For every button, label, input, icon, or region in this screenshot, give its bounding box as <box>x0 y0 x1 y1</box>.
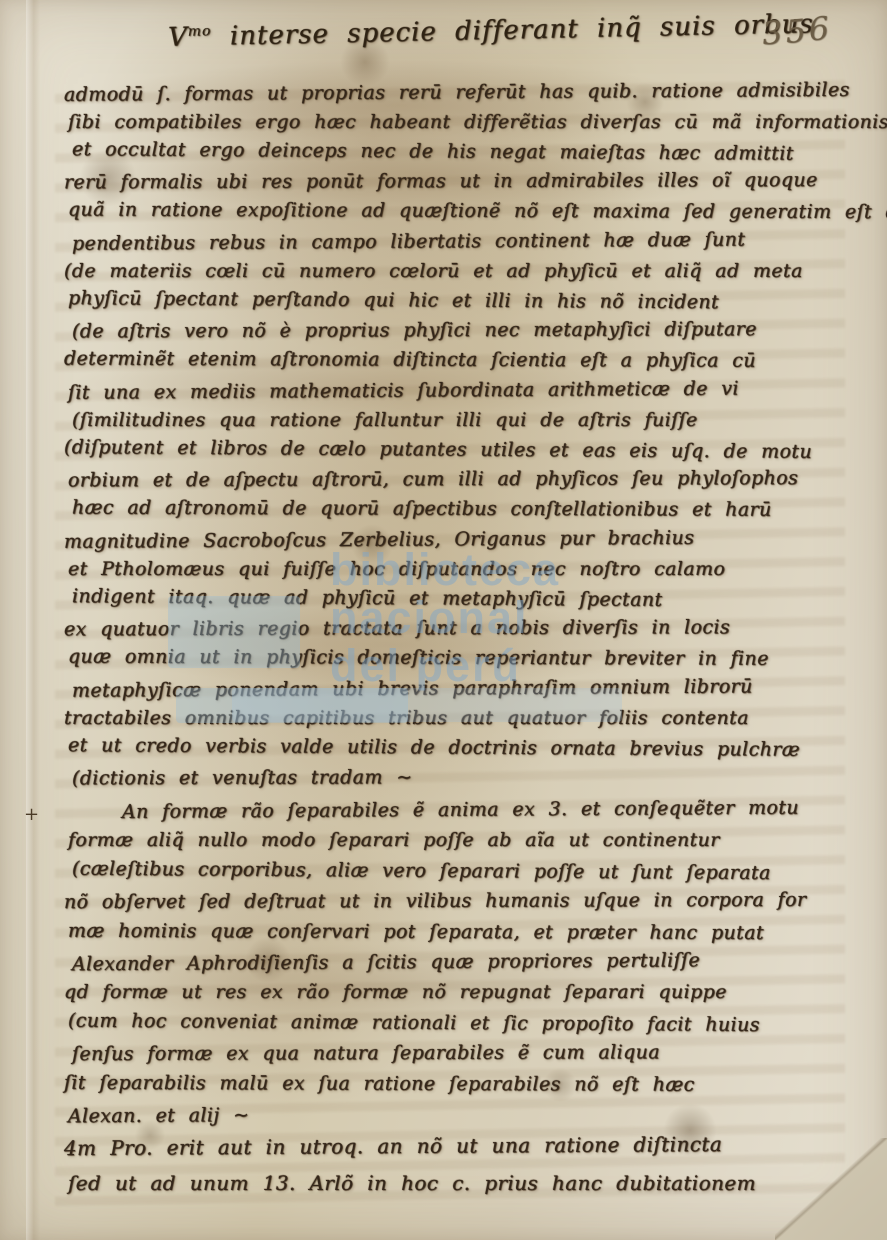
left-crease <box>26 0 40 1240</box>
manuscript-line: et ut credo verbis valde utilis de doctr… <box>68 731 887 766</box>
manuscript-line: ex quatuor libris regio tractata ſunt a … <box>64 613 887 646</box>
folio-number: 356 <box>760 9 833 53</box>
manuscript-line: Alexander Aphrodiſienſis a ſcitis quæ pr… <box>72 945 807 980</box>
manuscript-line: (cæleſtibus corporibus, aliæ vero ſepara… <box>72 854 807 889</box>
manuscript-line: formæ aliq̃ nullo modo ſeparari poſſe ab… <box>68 825 806 855</box>
manuscript-line: phyſicū ſpectant perſtando qui hic et il… <box>68 284 887 319</box>
manuscript-line: pendentibus rebus in campo libertatis co… <box>72 224 887 259</box>
header-title: Vmo interse specie differant inq̃ suis o… <box>168 9 814 53</box>
manuscript-line: orbium et de aſpectu aſtrorū, cum illi a… <box>68 464 887 497</box>
corner-fold <box>775 1138 887 1240</box>
manuscript-line: et Ptholomæus qui fuiſſe hoc diſputandos… <box>68 555 887 585</box>
header-prefix: V <box>168 22 188 52</box>
paragraph-astronomy: admodū ſ. formas ut proprias rerū referū… <box>64 78 887 793</box>
manuscript-line: nõ obſervet ſed deſtruat ut in vilibus h… <box>64 885 807 918</box>
paragraph-quarto-pro: 4m Pro. erit aut in utroq. an nõ ut una … <box>64 1128 756 1202</box>
manuscript-page: Vmo interse specie differant inq̃ suis o… <box>0 0 887 1240</box>
manuscript-line: hæc ad aſtronomū de quorū aſpectibus con… <box>72 494 887 527</box>
manuscript-line: ſed ut ad unum 13. Arlõ in hoc c. prius … <box>68 1165 756 1202</box>
manuscript-line: (de materiis cœli cū numero cœlorū et ad… <box>64 257 887 287</box>
manuscript-line: An formæ rão ſeparabiles ẽ anima ex 3. e… <box>64 793 807 828</box>
manuscript-line: admodū ſ. formas ut proprias rerū referū… <box>64 75 887 110</box>
manuscript-line: (de aſtris vero nõ è proprius phyſici ne… <box>72 315 887 348</box>
manuscript-line: (diſputent et libros de cælo putantes ut… <box>64 433 887 468</box>
manuscript-line: rerū formalis ubi res ponūt formas ut in… <box>64 166 887 199</box>
manuscript-line: tractabiles omnibus capitibus tribus aut… <box>64 704 887 734</box>
manuscript-line: et occultat ergo deinceps nec de his neg… <box>72 135 887 170</box>
manuscript-line: ſenſus formæ ex qua natura ſeparabiles ẽ… <box>72 1037 807 1070</box>
manuscript-line: (dictionis et venuſtas tradam ~ <box>72 762 887 795</box>
manuscript-line: 4m Pro. erit aut in utroq. an nõ ut una … <box>64 1126 756 1167</box>
manuscript-line: ſit una ex mediis mathematicis ſubordina… <box>68 373 887 408</box>
manuscript-line: ſibi compatibiles ergo hæc habeant diffe… <box>68 108 887 138</box>
manuscript-line: quæ omnia ut in phyſicis domeſticis repe… <box>68 643 887 676</box>
header-text: interse specie differant inq̃ suis orbus <box>230 9 815 51</box>
manuscript-line: ſit ſeparabilis malū ex ſua ratione ſepa… <box>64 1067 807 1100</box>
manuscript-line: qd formæ ut res ex rão formæ nõ repugnat… <box>64 977 806 1007</box>
manuscript-line: determinẽt etenim aſtronomia diſtincta ſ… <box>64 345 887 378</box>
manuscript-line: quã in ratione expoſitione ad quæſtionẽ … <box>68 196 887 229</box>
manuscript-line: (cum hoc conveniat animæ rationali et ſi… <box>68 1006 807 1041</box>
manuscript-line: (ſimilitudines qua ratione falluntur ill… <box>72 406 887 436</box>
manuscript-line: metaphyſicæ ponendam ubi brevis paraphra… <box>72 671 887 706</box>
paragraph-separable-forms: An formæ rão ſeparabiles ẽ anima ex 3. e… <box>64 795 806 1129</box>
manuscript-line: mæ hominis quæ conſervari pot ſeparata, … <box>68 915 807 948</box>
manuscript-line: indigent itaq. quæ ad phyſicū et metaphy… <box>72 582 887 617</box>
margin-cross-mark: + <box>24 804 39 825</box>
manuscript-line: magnitudine Sacroboſcus Zerbelius, Origa… <box>64 522 887 557</box>
header-superscript: mo <box>188 23 212 39</box>
